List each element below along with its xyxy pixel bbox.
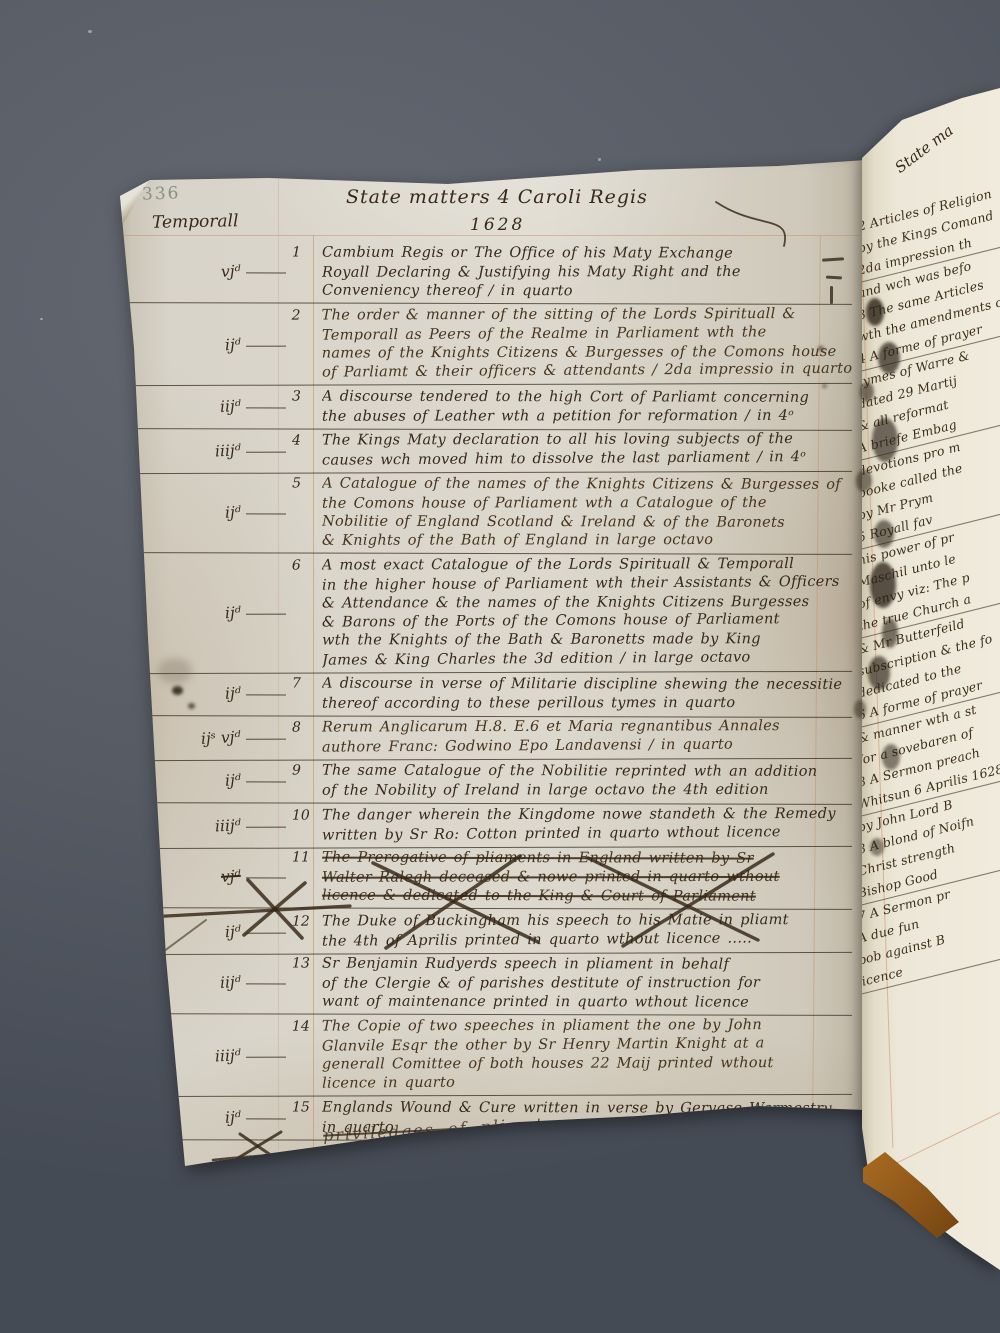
price-leader-dash [246,739,286,740]
entry-line: written by Sr Ro: Cotton printed in quar… [322,822,852,845]
gutter-blot [856,470,872,492]
header-rule-line [124,235,860,236]
entry-line: thereof according to these perillous tym… [322,693,852,713]
catalogue-entry: vjᵈ 1 Cambium Regis or The Office of his… [118,241,852,305]
entry-number: 1 [292,244,322,300]
price-leader-dash [246,1057,286,1058]
entry-line: authore Franc: Godwino Epo Landavensi / … [322,735,852,758]
entry-number: 10 [292,806,322,844]
gutter-blot [860,382,874,402]
price-leader-dash [246,984,286,985]
price-mark: iijᵈ [220,973,242,992]
price-cell: ijˢ vjᵈ [118,729,292,748]
entry-text: The Prerogative of pliaments in England … [322,849,852,907]
price-mark: ijᵈ [225,922,242,941]
ink-cross-mark [830,286,833,304]
price-leader-dash [246,826,286,827]
price-leader-dash [246,1118,286,1119]
catalogue-entries: vjᵈ 1 Cambium Regis or The Office of his… [118,242,852,1140]
price-mark: iijᵈ [220,396,242,415]
page-year: 1628 [470,215,525,235]
price-cell: ijᵈ [118,604,292,623]
entry-number: 2 [292,307,322,382]
entry-text: The Copie of two speeches in pliament th… [322,1016,852,1093]
price-leader-dash [246,614,286,615]
entry-line: A discourse in verse of Militarie discip… [322,674,852,694]
section-label: Temporall [152,211,239,233]
price-leader-dash [246,346,286,347]
photograph-of-open-book: 336 Temporall State matters 4 Caroli Reg… [0,0,1000,1333]
entry-text: Rerum Anglicarum H.8. E.6 et Maria regna… [322,717,852,756]
entry-line: of the Nobility of Ireland in large octa… [322,780,852,800]
entry-text: The Kings Maty declaration to all his lo… [322,430,852,469]
entry-number: 8 [292,719,322,757]
catalogue-entry: iijᵈ 3 A discourse tendered to the high … [118,385,852,430]
entry-line: Royall Declaring & Justifying his Maty R… [322,263,852,283]
gutter-blot [866,298,884,326]
price-mark: ijᵈ [225,684,242,703]
entry-number: 15 [292,1098,322,1136]
entry-line: The danger wherein the Kingdome nowe sta… [322,804,852,824]
entry-text: A most exact Catalogue of the Lords Spir… [322,555,852,669]
price-mark: ijᵈ [225,604,242,623]
catalogue-entry: iiijᵈ 4 The Kings Maty declaration to al… [118,428,852,474]
entry-line: licence & dedicated to the King & Court … [322,886,852,906]
price-mark: ijᵈ [225,502,242,521]
page-title: State matters 4 Caroli Regis [346,186,766,208]
entry-number: 3 [292,387,322,425]
price-leader-dash [246,513,286,514]
price-cell: vjᵈ [118,867,292,885]
entry-number: 9 [292,761,322,799]
entry-number: 5 [292,474,322,549]
catalogue-entry: vjᵈ 11 The Prerogative of pliaments in E… [118,846,852,910]
entry-number: 7 [292,674,322,712]
price-cell: ijᵈ [118,502,292,520]
price-leader-dash [246,932,286,933]
catalogue-entry: iiijᵈ 14 The Copie of two speeches in pl… [118,1014,852,1097]
entry-text: The Duke of Buckingham his speech to his… [322,910,852,949]
price-mark: ijᵈ [224,335,241,354]
price-cell: vjᵈ [118,262,292,280]
price-leader-dash [246,273,286,274]
smudge [158,658,192,684]
entry-line: want of maintenance printed in quarto wt… [322,992,852,1012]
catalogue-entry: ijᵈ 9 The same Catalogue of the Nobiliti… [118,759,852,804]
entry-number: 14 [292,1018,322,1093]
catalogue-entry: ijˢ vjᵈ 8 Rerum Anglicarum H.8. E.6 et M… [118,715,852,761]
price-cell: ijᵈ [118,771,292,789]
entry-line: Walter Ralegh deceased & nowe printed in… [322,868,852,888]
gutter-blot [868,656,890,690]
price-leader-dash [246,452,286,453]
entry-line: The Prerogative of pliaments in England … [322,849,852,869]
entry-line: in the higher house of Parliament wth th… [322,572,852,595]
entry-line: The Duke of Buckingham his speech to his… [322,910,852,930]
entry-line: of Parliamt & their officers & attendant… [322,360,852,383]
entry-line: Cambium Regis or The Office of his Maty … [322,244,852,264]
price-leader-dash [246,878,286,879]
price-cell: ijᵈ [118,1108,292,1126]
ink-spot [188,703,195,709]
dust-speck [40,318,43,320]
entry-line: Conveniency thereof / in quarto [322,281,852,301]
catalogue-entry: ijᵈ 12 The Duke of Buckingham his speech… [118,908,852,954]
entry-text: A discourse in verse of Militarie discip… [322,674,852,713]
price-leader-dash [246,781,286,782]
price-cell: iijᵈ [118,396,292,414]
manuscript-page: 336 Temporall State matters 4 Caroli Reg… [118,158,866,1170]
dust-speck [88,30,92,33]
gutter-blot [870,562,896,608]
price-leader-dash [246,407,286,408]
gutter-blot [882,744,900,770]
price-cell: ijᵈ [118,922,292,941]
entry-text: A Catalogue of the names of the Knights … [322,474,852,550]
gutter-blot [878,342,900,374]
catalogue-entry: iiijᵈ 10 The danger wherein the Kingdome… [118,802,852,848]
price-mark: iiijᵈ [215,441,242,460]
price-mark: ijˢ vjᵈ [201,728,242,748]
entry-text: The same Catalogue of the Nobilitie repr… [322,762,852,801]
entry-line: The same Catalogue of the Nobilitie repr… [322,762,852,782]
price-mark: ijᵈ [225,771,242,790]
entry-text: Cambium Regis or The Office of his Maty … [322,244,852,302]
entry-text: The order & manner of the sitting of the… [322,305,853,382]
price-cell: iijᵈ [118,973,292,991]
gutter-blot [882,618,898,648]
entry-text: Sr Benjamin Rudyerds speech in pliament … [322,955,852,1013]
facing-header-fragment: State ma [891,121,956,176]
gutter-blot [874,520,894,548]
price-mark: iiijᵈ [215,815,242,834]
entry-text: A discourse tendered to the high Cort of… [322,387,852,426]
entry-line: of the Clergie & of parishes destitute o… [322,974,852,994]
ink-speck [818,346,824,351]
entry-line: & Knights of the Bath of England in larg… [322,531,852,551]
gutter-blot [872,418,898,462]
price-mark: vjᵈ [221,262,242,281]
catalogue-entry: ijᵈ 7 A discourse in verse of Militarie … [118,672,852,717]
entry-line: the abuses of Leather wth a petition for… [322,406,852,426]
entry-line: James & King Charles the 3d edition / in… [322,648,852,671]
gutter-blot [854,700,866,718]
entry-number: 11 [292,849,322,905]
entry-line: Sr Benjamin Rudyerds speech in pliament … [322,955,852,975]
gutter-blot [870,838,884,856]
ink-spot [172,686,183,695]
entry-line: licence in quarto [322,1072,852,1095]
catalogue-entry: ijᵈ 5 A Catalogue of the names of the Kn… [118,472,852,555]
entry-number: 12 [292,912,322,950]
ink-speck [822,384,827,388]
price-cell: iiijᵈ [118,442,292,461]
entry-line: A Catalogue of the names of the Knights … [322,474,852,494]
manuscript-page-wrap: 336 Temporall State matters 4 Caroli Reg… [118,158,866,1170]
price-leader-dash [246,694,286,695]
entry-line: the Comons house of Parliament wth a Cat… [322,493,852,513]
entry-number: 6 [292,556,322,669]
entry-line: Nobilitie of England Scotland & Ireland … [322,512,852,532]
price-cell: ijᵈ [118,684,292,702]
entry-text: The danger wherein the Kingdome nowe sta… [322,804,852,843]
entry-line: A most exact Catalogue of the Lords Spir… [322,555,852,575]
price-cell: iiijᵈ [118,1047,292,1066]
price-cell: ijᵈ [118,336,292,355]
price-cell: iiijᵈ [118,816,292,835]
entry-line: A discourse tendered to the high Cort of… [322,387,852,407]
entry-line: causes wch moved him to dissolve the las… [322,448,852,471]
entry-line: Englands Wound & Cure written in verse b… [322,1098,852,1118]
entry-number: 13 [292,955,322,1011]
price-mark: ijᵈ [225,1107,242,1126]
price-mark: iiijᵈ [215,1046,242,1065]
catalogue-entry: iijᵈ 13 Sr Benjamin Rudyerds speech in p… [118,952,852,1016]
catalogue-entry: ijᵈ 6 A most exact Catalogue of the Lord… [118,553,852,674]
price-mark: vjᵈ [221,867,242,886]
entry-number: 4 [292,432,322,470]
folio-number: 336 [142,183,181,204]
entry-line: the 4th of Aprilis printed in quarto wth… [322,928,852,951]
catalogue-entry: ijᵈ 2 The order & manner of the sitting … [118,303,852,386]
